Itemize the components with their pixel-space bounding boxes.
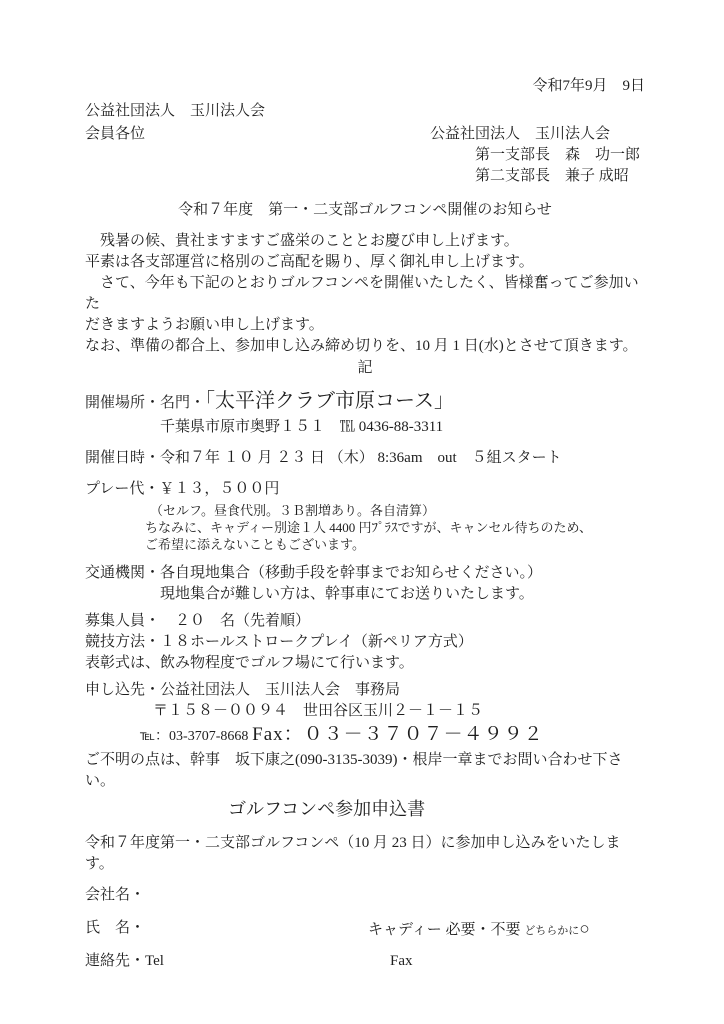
company-field-label: 会社名・ [85,887,145,903]
fee-note: ご希望に添えないこともございます。 [85,536,645,553]
name-field-label: 氏 名・ [85,920,145,936]
greeting-line: 残暑の候、貴社ますますご盛栄のこととお慶び申し上げます。 [85,231,645,252]
caddie-instruction: どちらかに [524,925,579,937]
sender-chief1: 第一支部長 森 功一郎 [85,145,645,166]
application-telfax: ℡：03-3707-8668 Fax：０３－３７０７－４９９２ [85,722,645,750]
caddie-option-group: キャディー 必要・不要 どちらかに○ [368,918,590,942]
venue-name: 「太平洋クラブ市原コース」 [205,390,454,412]
form-contact-row: 連絡先・Tel Fax [85,951,645,972]
capacity-row: 募集人員・ ２０ 名（先着順） [85,611,645,632]
recipient-label: 会員各位 [85,126,145,142]
document-page: 令和7年9月 9日 公益社団法人 玉川法人会 会員各位 公益社団法人 玉川法人会… [0,0,724,1024]
schedule-row: 開催日時・令和７年 １０ 月 ２３ 日 （木） 8:36am out ５組スター… [85,448,645,469]
application-contact: ご不明の点は、幹事 坂下康之(090-3135-3039)・根岸一章までお問い合… [85,750,645,792]
tel-field-label: 連絡先・Tel [85,953,164,969]
venue-address: 千葉県市原市奥野１５１ ℡ 0436-88-3311 [85,417,645,438]
application-fax: Fax：０３－３７０７－４９９２ [252,724,544,745]
sender-org: 公益社団法人 玉川法人会 [430,124,610,145]
ceremony-row: 表彰式は、飲み物程度でゴルフ場にて行います。 [85,653,645,674]
transport-row2: 現地集合が難しい方は、幹事車にてお送りいたします。 [85,584,645,605]
fee-row: プレー代・￥１３，５００円 [85,479,645,500]
sender-chief2: 第二支部長 兼子 成昭 [85,166,645,187]
recipient-row: 会員各位 公益社団法人 玉川法人会 [85,124,645,145]
form-title: ゴルフコンペ参加申込書 [85,797,645,821]
fee-note: （セルフ。昼食代別。３Ｂ割増あり。各自清算） [85,502,645,519]
greeting-line: だきますようお願い申し上げます。 [85,315,645,336]
application-to: 申し込先・公益社団法人 玉川法人会 事務局 [85,680,645,701]
form-statement: 令和７年度第一・二支部ゴルフコンペ（10 月 23 日）に参加申し込みをいたしま… [85,833,645,875]
caddie-label: キャディー 必要・不要 [368,922,521,938]
greeting-line: 平素は各支部運営に格別のご高配を賜り、厚く御礼申し上げます。 [85,252,645,273]
application-address: 〒１５８－００９４ 世田谷区玉川２－１－１５ [85,701,645,722]
greeting-paragraph: 残暑の候、貴社ますますご盛栄のこととお慶び申し上げます。 平素は各支部運営に格別… [85,231,645,357]
form-name-row: 氏 名・ キャディー 必要・不要 どちらかに○ [85,918,645,939]
document-title: 令和７年度 第一・二支部ゴルフコンペ開催のお知らせ [85,199,645,221]
application-tel: ℡：03-3707-8668 [140,729,248,744]
recipient-org: 公益社団法人 玉川法人会 [85,101,645,122]
greeting-line: なお、準備の都合上、参加申し込み締め切りを、10 月 1 日(水)とさせて頂きま… [85,336,645,357]
rules-row: 競技方法・１８ホールストロークプレイ（新ペリア方式） [85,632,645,653]
venue-label: 開催場所・名門・ [85,395,205,411]
transport-row: 交通機関・各自現地集合（移動手段を幹事までお知らせください。） [85,563,645,584]
greeting-line: さて、今年も下記のとおりゴルフコンペを開催いたしたく、皆様奮ってご参加いた [85,273,645,315]
fax-field-label: Fax [390,951,413,972]
fee-note: ちなみに、キャディー別途１人 4400 円ﾌﾟﾗｽですが、キャンセル待ちのため、 [85,519,645,536]
caddie-circle-mark: ○ [579,919,589,938]
form-company-row: 会社名・ [85,885,645,906]
document-date: 令和7年9月 9日 [85,76,645,97]
venue-row: 開催場所・名門・「太平洋クラブ市原コース」 [85,387,645,417]
record-marker: 記 [85,358,645,379]
